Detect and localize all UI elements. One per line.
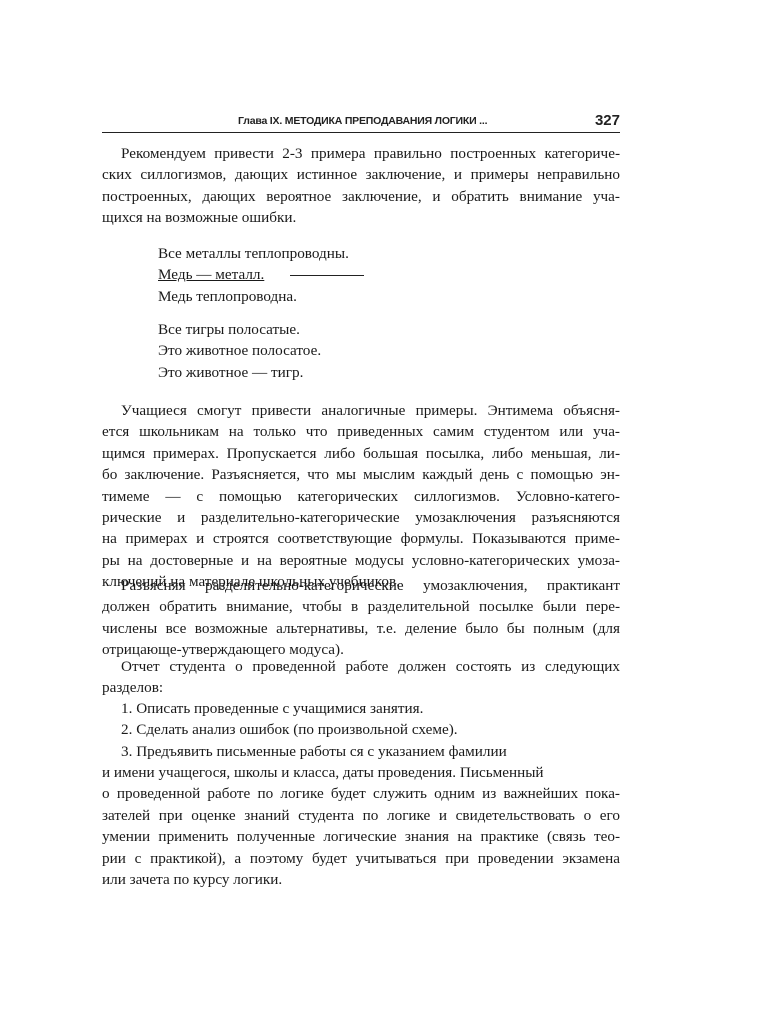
syllogism-example-metals: Все металлы теплопроводны. Медь — металл… (158, 243, 364, 307)
paragraph-enthymeme: Учащиеся смогут привести аналогичные при… (102, 400, 620, 593)
minor-premise: Медь — металл. (158, 266, 264, 283)
page-number: 327 (595, 112, 620, 129)
syllogism-example-tigers: Все тигры полосатые. Это животное полоса… (158, 319, 321, 383)
paragraph-report: Отчет студента о проведенной работе долж… (102, 656, 620, 699)
paragraph-recommendation: Рекомендуем привести 2-3 примера правиль… (102, 143, 620, 229)
report-sections-list: 1. Описать проведенные с учащимися занят… (102, 698, 620, 762)
chapter-title: Глава IX. МЕТОДИКА ПРЕПОДАВАНИЯ ЛОГИКИ .… (238, 115, 487, 127)
paragraph-written-work: и имени учащегося, школы и класса, даты … (102, 762, 620, 890)
list-item: 2. Сделать анализ ошибок (по произвольно… (102, 719, 620, 740)
list-item: 3. Предъявить письменные работы ся с ука… (102, 741, 620, 762)
running-head: Глава IX. МЕТОДИКА ПРЕПОДАВАНИЯ ЛОГИКИ .… (102, 114, 620, 133)
conclusion-line (290, 275, 364, 276)
paragraph-disjunctive: Разъясняя разделительно-категорические у… (102, 575, 620, 661)
list-item: 1. Описать проведенные с учащимися занят… (102, 698, 620, 719)
